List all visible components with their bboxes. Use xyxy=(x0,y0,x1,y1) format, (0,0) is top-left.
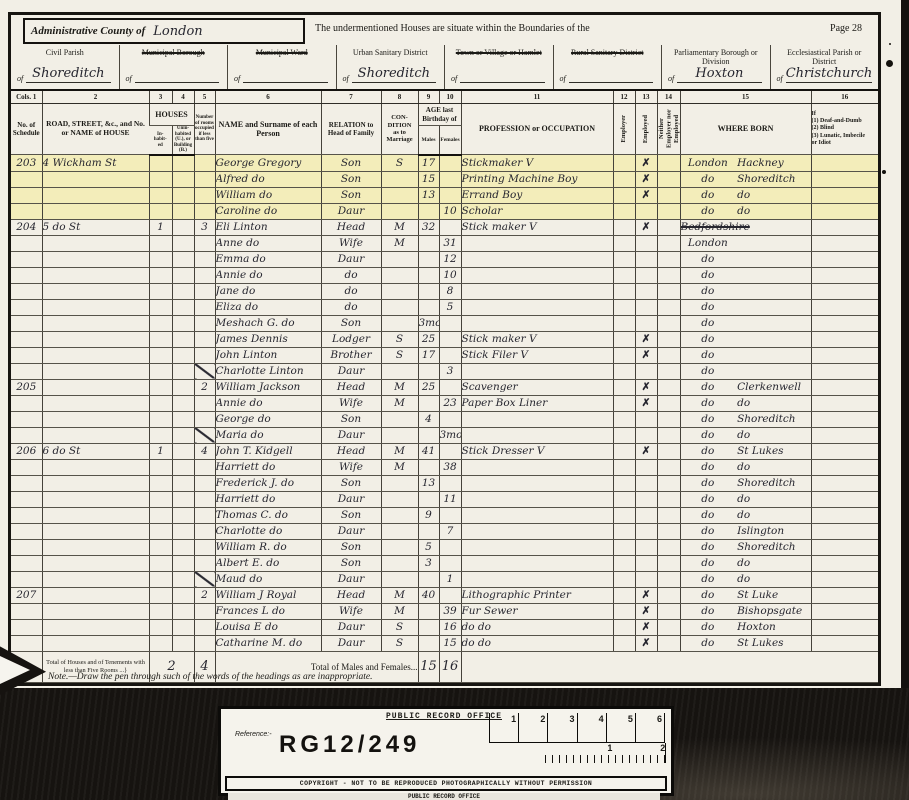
cell-schedule-number xyxy=(11,299,42,315)
cell-address xyxy=(42,411,149,427)
cell-age-male xyxy=(418,363,439,379)
cell-houses-inhabited xyxy=(149,603,172,619)
census-row: Charlotte doDaur7doIslington xyxy=(11,523,878,539)
born-place-a: do xyxy=(681,301,736,313)
cell-houses-inhabited xyxy=(149,475,172,491)
header-where-born: WHERE BORN xyxy=(680,104,811,155)
cell-condition xyxy=(381,251,418,267)
header-district-field-label: Urban Sanitary District xyxy=(337,48,445,57)
column-number: 6 xyxy=(215,91,321,104)
cell-address xyxy=(42,315,149,331)
ruler-inch-segment: 4 xyxy=(578,713,607,743)
cell-address xyxy=(42,539,149,555)
cell-employed-mark xyxy=(635,299,657,315)
cell-where-born: doClerkenwell xyxy=(680,379,811,395)
cell-age-female xyxy=(439,347,461,363)
cell-rooms xyxy=(194,603,215,619)
cell-infirmities xyxy=(811,347,878,363)
cell-employer-mark xyxy=(613,475,635,491)
cell-age-male xyxy=(418,427,439,443)
cell-relation: Son xyxy=(321,475,381,491)
cell-infirmities xyxy=(811,571,878,587)
cell-age-female: 12 xyxy=(439,251,461,267)
cell-condition xyxy=(381,491,418,507)
cell-occupation: Lithographic Printer xyxy=(461,587,613,603)
cell-schedule-number xyxy=(11,427,42,443)
born-place-a: do xyxy=(681,621,736,633)
cell-employed-mark xyxy=(635,539,657,555)
cell-neither-mark xyxy=(657,635,680,651)
cell-address xyxy=(42,491,149,507)
cell-infirmities xyxy=(811,427,878,443)
cell-age-male xyxy=(418,459,439,475)
column-numbers-row: Cols. 12345678910111213141516 xyxy=(11,91,878,104)
column-number: 10 xyxy=(439,91,461,104)
cell-occupation xyxy=(461,571,613,587)
cell-neither-mark xyxy=(657,459,680,475)
born-place-a: do xyxy=(681,413,736,425)
cell-schedule-number xyxy=(11,635,42,651)
born-place-b: do xyxy=(735,461,809,473)
cell-rooms: 3 xyxy=(194,219,215,235)
born-place-b: do xyxy=(735,557,809,569)
cell-employer-mark xyxy=(613,219,635,235)
cell-houses-inhabited xyxy=(149,235,172,251)
cell-person-name: James Dennis xyxy=(215,331,321,347)
cell-age-male: 15 xyxy=(418,171,439,187)
cell-condition xyxy=(381,523,418,539)
cell-houses-uninhabited xyxy=(172,411,194,427)
cell-employer-mark xyxy=(613,299,635,315)
cell-rooms xyxy=(194,507,215,523)
ruler-inch-number: 4 xyxy=(599,714,604,724)
cell-condition: M xyxy=(381,603,418,619)
cell-where-born: dodo xyxy=(680,555,811,571)
cell-condition: M xyxy=(381,459,418,475)
cell-infirmities xyxy=(811,475,878,491)
cell-occupation: Stick Dresser V xyxy=(461,443,613,459)
cell-person-name: Anne do xyxy=(215,235,321,251)
cell-schedule-number xyxy=(11,539,42,555)
cell-employed-mark xyxy=(635,507,657,523)
cell-person-name: Catharine M. do xyxy=(215,635,321,651)
cell-age-female: 38 xyxy=(439,459,461,475)
column-number: 12 xyxy=(613,91,635,104)
cell-neither-mark xyxy=(657,235,680,251)
cell-houses-uninhabited xyxy=(172,491,194,507)
cell-neither-mark xyxy=(657,155,680,172)
cell-person-name: Charlotte do xyxy=(215,523,321,539)
cell-houses-uninhabited xyxy=(172,283,194,299)
cell-infirmities xyxy=(811,299,878,315)
census-row: Frederick J. doSon13doShoreditch xyxy=(11,475,878,491)
cell-rooms: 2 xyxy=(194,587,215,603)
cell-relation: do xyxy=(321,299,381,315)
cell-where-born: doSt Luke xyxy=(680,587,811,603)
cell-occupation xyxy=(461,427,613,443)
cell-infirmities xyxy=(811,507,878,523)
census-row: 2034 Wickham StGeorge GregorySonS17Stick… xyxy=(11,155,878,172)
cell-where-born: doBishopsgate xyxy=(680,603,811,619)
cell-employed-mark xyxy=(635,315,657,331)
cell-person-name: Eli Linton xyxy=(215,219,321,235)
cell-neither-mark xyxy=(657,315,680,331)
born-place-b: Clerkenwell xyxy=(735,381,809,393)
cell-where-born: London xyxy=(680,235,811,251)
cell-occupation xyxy=(461,363,613,379)
cell-age-female: 5 xyxy=(439,299,461,315)
cell-schedule-number xyxy=(11,475,42,491)
census-row: Maria doDaur3mododo xyxy=(11,427,878,443)
cell-rooms xyxy=(194,155,215,172)
cell-condition: S xyxy=(381,619,418,635)
cell-age-female: 39 xyxy=(439,603,461,619)
scan-speck xyxy=(886,60,893,67)
cell-rooms xyxy=(194,539,215,555)
header-uninhabited: Unin- habited (U.), or Building (B.) xyxy=(172,126,194,155)
born-place-b: Bishopsgate xyxy=(735,605,809,617)
cell-occupation xyxy=(461,491,613,507)
cell-relation: Daur xyxy=(321,571,381,587)
cell-houses-inhabited xyxy=(149,411,172,427)
cell-houses-uninhabited xyxy=(172,379,194,395)
scan-speck xyxy=(889,43,891,45)
cell-person-name: Annie do xyxy=(215,267,321,283)
census-row: 2052William JacksonHeadM25Scavenger✗doCl… xyxy=(11,379,878,395)
cell-neither-mark xyxy=(657,251,680,267)
of-prefix: of xyxy=(668,74,674,83)
cell-relation: Wife xyxy=(321,603,381,619)
born-place-b: Shoreditch xyxy=(735,173,809,185)
ruler-centimetres: 12 xyxy=(545,743,666,763)
cell-where-born: do xyxy=(680,315,811,331)
cell-age-female: 15 xyxy=(439,635,461,651)
header-inhabited: In- habit- ed xyxy=(149,126,172,155)
cell-relation: Lodger xyxy=(321,331,381,347)
cell-person-name: John T. Kidgell xyxy=(215,443,321,459)
header-condition: CON- DITION as to Marriage xyxy=(381,104,418,155)
cell-employed-mark xyxy=(635,555,657,571)
cell-age-female xyxy=(439,171,461,187)
column-number: 3 xyxy=(149,91,172,104)
cell-where-born: doIslington xyxy=(680,523,811,539)
cell-address xyxy=(42,267,149,283)
cell-houses-uninhabited xyxy=(172,619,194,635)
cell-occupation xyxy=(461,459,613,475)
cell-person-name: Jane do xyxy=(215,283,321,299)
column-number: 9 xyxy=(418,91,439,104)
cell-age-male xyxy=(418,251,439,267)
cell-houses-uninhabited xyxy=(172,539,194,555)
born-place-b: do xyxy=(735,509,809,521)
cell-schedule-number xyxy=(11,315,42,331)
cell-occupation xyxy=(461,523,613,539)
cell-age-female xyxy=(439,555,461,571)
cell-employer-mark xyxy=(613,539,635,555)
cell-age-female: 10 xyxy=(439,203,461,219)
cell-address xyxy=(42,283,149,299)
cell-schedule-number xyxy=(11,283,42,299)
cell-address xyxy=(42,571,149,587)
cell-address: 6 do St xyxy=(42,443,149,459)
cell-relation: Son xyxy=(321,171,381,187)
cell-employed-mark xyxy=(635,491,657,507)
cell-person-name: Harriett do xyxy=(215,491,321,507)
stamp-ruler: 123456 12 xyxy=(489,713,665,763)
header-houses: HOUSES xyxy=(149,104,194,126)
cell-rooms xyxy=(194,299,215,315)
column-number: 16 xyxy=(811,91,878,104)
cell-address xyxy=(42,475,149,491)
stamp-copyright-text: COPYRIGHT - NOT TO BE REPRODUCED PHOTOGR… xyxy=(225,776,667,791)
census-row: Meshach G. doSon3modo xyxy=(11,315,878,331)
cell-infirmities xyxy=(811,283,878,299)
cell-employed-mark xyxy=(635,267,657,283)
cell-schedule-number xyxy=(11,235,42,251)
ruler-cm-number: 2 xyxy=(660,743,665,753)
census-row: William doSon13Errand Boy✗dodo xyxy=(11,187,878,203)
cell-age-male xyxy=(418,283,439,299)
cell-address xyxy=(42,635,149,651)
cell-neither-mark xyxy=(657,539,680,555)
cell-houses-uninhabited xyxy=(172,299,194,315)
cell-houses-inhabited xyxy=(149,187,172,203)
cell-where-born: do xyxy=(680,331,811,347)
ruler-inch-segment: 2 xyxy=(519,713,548,743)
cell-rooms xyxy=(194,171,215,187)
header-name-surname: NAME and Surname of each Person xyxy=(215,104,321,155)
census-row: 2045 do St13Eli LintonHeadM32Stick maker… xyxy=(11,219,878,235)
cell-houses-uninhabited xyxy=(172,155,194,172)
cell-condition xyxy=(381,507,418,523)
born-place-a: do xyxy=(681,269,736,281)
cell-infirmities xyxy=(811,203,878,219)
column-number: 11 xyxy=(461,91,613,104)
cell-employer-mark xyxy=(613,331,635,347)
cell-employed-mark: ✗ xyxy=(635,347,657,363)
cell-age-female xyxy=(439,155,461,172)
cell-neither-mark xyxy=(657,475,680,491)
cell-neither-mark xyxy=(657,299,680,315)
cell-age-female xyxy=(439,475,461,491)
cell-schedule-number xyxy=(11,603,42,619)
cell-employer-mark xyxy=(613,171,635,187)
born-place-a: do xyxy=(681,333,736,345)
undermentioned-houses-text: The undermentioned Houses are situate wi… xyxy=(315,23,590,34)
cell-address xyxy=(42,299,149,315)
ruler-inch-number: 6 xyxy=(657,714,662,724)
cell-employer-mark xyxy=(613,283,635,299)
cell-age-male xyxy=(418,571,439,587)
cell-employer-mark xyxy=(613,155,635,172)
header-schedule: No. of Schedule xyxy=(11,104,42,155)
header-district-field-label: Civil Parish xyxy=(11,48,119,57)
cell-houses-uninhabited xyxy=(172,203,194,219)
cell-infirmities xyxy=(811,155,878,172)
column-number: 7 xyxy=(321,91,381,104)
cell-age-male: 13 xyxy=(418,475,439,491)
header-district-field: Municipal Wardof xyxy=(227,45,336,89)
born-place-b: Shoreditch xyxy=(735,413,809,425)
header-district-field-label: Town or Village or Hamlet xyxy=(445,48,553,57)
cell-person-name: Maud do xyxy=(215,571,321,587)
cell-rooms xyxy=(194,491,215,507)
cell-age-male: 3mo xyxy=(418,315,439,331)
cell-employer-mark xyxy=(613,603,635,619)
cell-neither-mark xyxy=(657,347,680,363)
cell-age-female xyxy=(439,315,461,331)
header-district-field-value: Hoxton xyxy=(695,66,743,81)
cell-age-female xyxy=(439,507,461,523)
cell-person-name: Albert E. do xyxy=(215,555,321,571)
cell-neither-mark xyxy=(657,219,680,235)
cell-person-name: William R. do xyxy=(215,539,321,555)
cell-rooms xyxy=(194,411,215,427)
cell-where-born: do xyxy=(680,283,811,299)
cell-infirmities xyxy=(811,555,878,571)
cell-employed-mark: ✗ xyxy=(635,187,657,203)
cell-infirmities xyxy=(811,539,878,555)
cell-schedule-number xyxy=(11,347,42,363)
cell-employed-mark: ✗ xyxy=(635,587,657,603)
born-place-a: do xyxy=(681,253,736,265)
cell-address xyxy=(42,171,149,187)
cell-neither-mark xyxy=(657,187,680,203)
ruler-inch-number: 3 xyxy=(570,714,575,724)
cell-address xyxy=(42,555,149,571)
header-males: Males xyxy=(418,126,439,155)
cell-rooms xyxy=(194,395,215,411)
header-district-field: Rural Sanitary Districtof xyxy=(553,45,662,89)
cell-rooms xyxy=(194,251,215,267)
ruler-inch-number: 5 xyxy=(628,714,633,724)
born-place-a: do xyxy=(681,349,736,361)
administrative-county-value: London xyxy=(153,25,202,38)
cell-houses-inhabited xyxy=(149,635,172,651)
cell-where-born: doHoxton xyxy=(680,619,811,635)
census-scan-page: { "page": {"paper_color":"#f2efe6","high… xyxy=(0,0,909,800)
cell-age-female: 3 xyxy=(439,363,461,379)
cell-houses-uninhabited xyxy=(172,475,194,491)
born-place-a: do xyxy=(681,445,736,457)
ruler-inch-segment: 5 xyxy=(607,713,636,743)
cell-infirmities xyxy=(811,459,878,475)
cell-employed-mark: ✗ xyxy=(635,443,657,459)
footer-note: Note.—Draw the pen through such of the w… xyxy=(48,672,372,682)
born-place-a: do xyxy=(681,365,736,377)
cell-schedule-number xyxy=(11,507,42,523)
cell-age-female: 1 xyxy=(439,571,461,587)
census-table: Cols. 12345678910111213141516 No. of Sch… xyxy=(11,91,878,683)
cell-employed-mark xyxy=(635,203,657,219)
cell-employer-mark xyxy=(613,571,635,587)
born-place-a: Bedfordshire xyxy=(681,221,736,233)
cell-infirmities xyxy=(811,411,878,427)
born-place-a: do xyxy=(681,285,736,297)
census-row: George doSon4doShoreditch xyxy=(11,411,878,427)
cell-relation: Brother xyxy=(321,347,381,363)
cell-address xyxy=(42,363,149,379)
born-place-b: do xyxy=(735,205,809,217)
cell-where-born: Bedfordshire xyxy=(680,219,811,235)
cell-rooms xyxy=(194,635,215,651)
cell-neither-mark xyxy=(657,507,680,523)
cell-houses-inhabited xyxy=(149,315,172,331)
of-prefix: of xyxy=(451,74,457,83)
cell-neither-mark xyxy=(657,379,680,395)
born-place-a: London xyxy=(681,237,736,249)
header-employed: Employed xyxy=(635,104,657,155)
census-row: Catharine M. doDaurS15do do✗doSt Lukes xyxy=(11,635,878,651)
cell-rooms xyxy=(194,459,215,475)
cell-where-born: dodo xyxy=(680,427,811,443)
cell-houses-uninhabited xyxy=(172,443,194,459)
census-row: Emma doDaur12do xyxy=(11,251,878,267)
cell-houses-inhabited xyxy=(149,587,172,603)
cell-age-female xyxy=(439,379,461,395)
born-place-b: St Luke xyxy=(735,589,809,601)
cell-houses-uninhabited xyxy=(172,331,194,347)
cell-schedule-number xyxy=(11,171,42,187)
cell-address xyxy=(42,235,149,251)
header-road-street: ROAD, STREET, &c., and No. or NAME of HO… xyxy=(42,104,149,155)
cell-occupation xyxy=(461,299,613,315)
cell-rooms: 4 xyxy=(194,443,215,459)
cell-employed-mark: ✗ xyxy=(635,379,657,395)
born-place-b: Shoreditch xyxy=(735,477,809,489)
cell-employed-mark: ✗ xyxy=(635,155,657,172)
cell-relation: Son xyxy=(321,155,381,172)
cell-schedule-number xyxy=(11,571,42,587)
cell-condition: M xyxy=(381,379,418,395)
cell-employed-mark xyxy=(635,363,657,379)
census-row: 2072William J RoyalHeadM40Lithographic P… xyxy=(11,587,878,603)
cell-employer-mark xyxy=(613,395,635,411)
born-place-b: St Lukes xyxy=(735,637,809,649)
of-prefix: of xyxy=(560,74,566,83)
cell-employed-mark xyxy=(635,427,657,443)
cell-occupation: Stick maker V xyxy=(461,219,613,235)
header-district-field-value: Shoreditch xyxy=(358,66,430,81)
cell-age-male: 9 xyxy=(418,507,439,523)
cell-where-born: dodo xyxy=(680,187,811,203)
cell-condition xyxy=(381,427,418,443)
cell-houses-uninhabited xyxy=(172,235,194,251)
cell-address xyxy=(42,379,149,395)
cell-age-male: 17 xyxy=(418,155,439,172)
header-neither: Neither Employer nor Employed xyxy=(657,104,680,155)
cell-age-female xyxy=(439,331,461,347)
cell-occupation xyxy=(461,475,613,491)
cell-schedule-number xyxy=(11,203,42,219)
cell-infirmities xyxy=(811,171,878,187)
cell-condition: S xyxy=(381,331,418,347)
cell-relation: Daur xyxy=(321,523,381,539)
cell-address xyxy=(42,427,149,443)
cell-where-born: dodo xyxy=(680,507,811,523)
cell-employed-mark xyxy=(635,571,657,587)
ruler-inch-number: 1 xyxy=(511,714,516,724)
cell-schedule-number: 203 xyxy=(11,155,42,172)
cell-age-female: 23 xyxy=(439,395,461,411)
census-row: Charlotte LintonDaur3do xyxy=(11,363,878,379)
cell-condition xyxy=(381,475,418,491)
header-district-field: Ecclesiastical Parish or DistrictofChris… xyxy=(770,45,879,89)
cell-houses-uninhabited xyxy=(172,251,194,267)
born-place-a: London xyxy=(681,157,736,169)
census-document-paper: Administrative County of London The unde… xyxy=(0,0,901,690)
born-place-a: do xyxy=(681,605,736,617)
